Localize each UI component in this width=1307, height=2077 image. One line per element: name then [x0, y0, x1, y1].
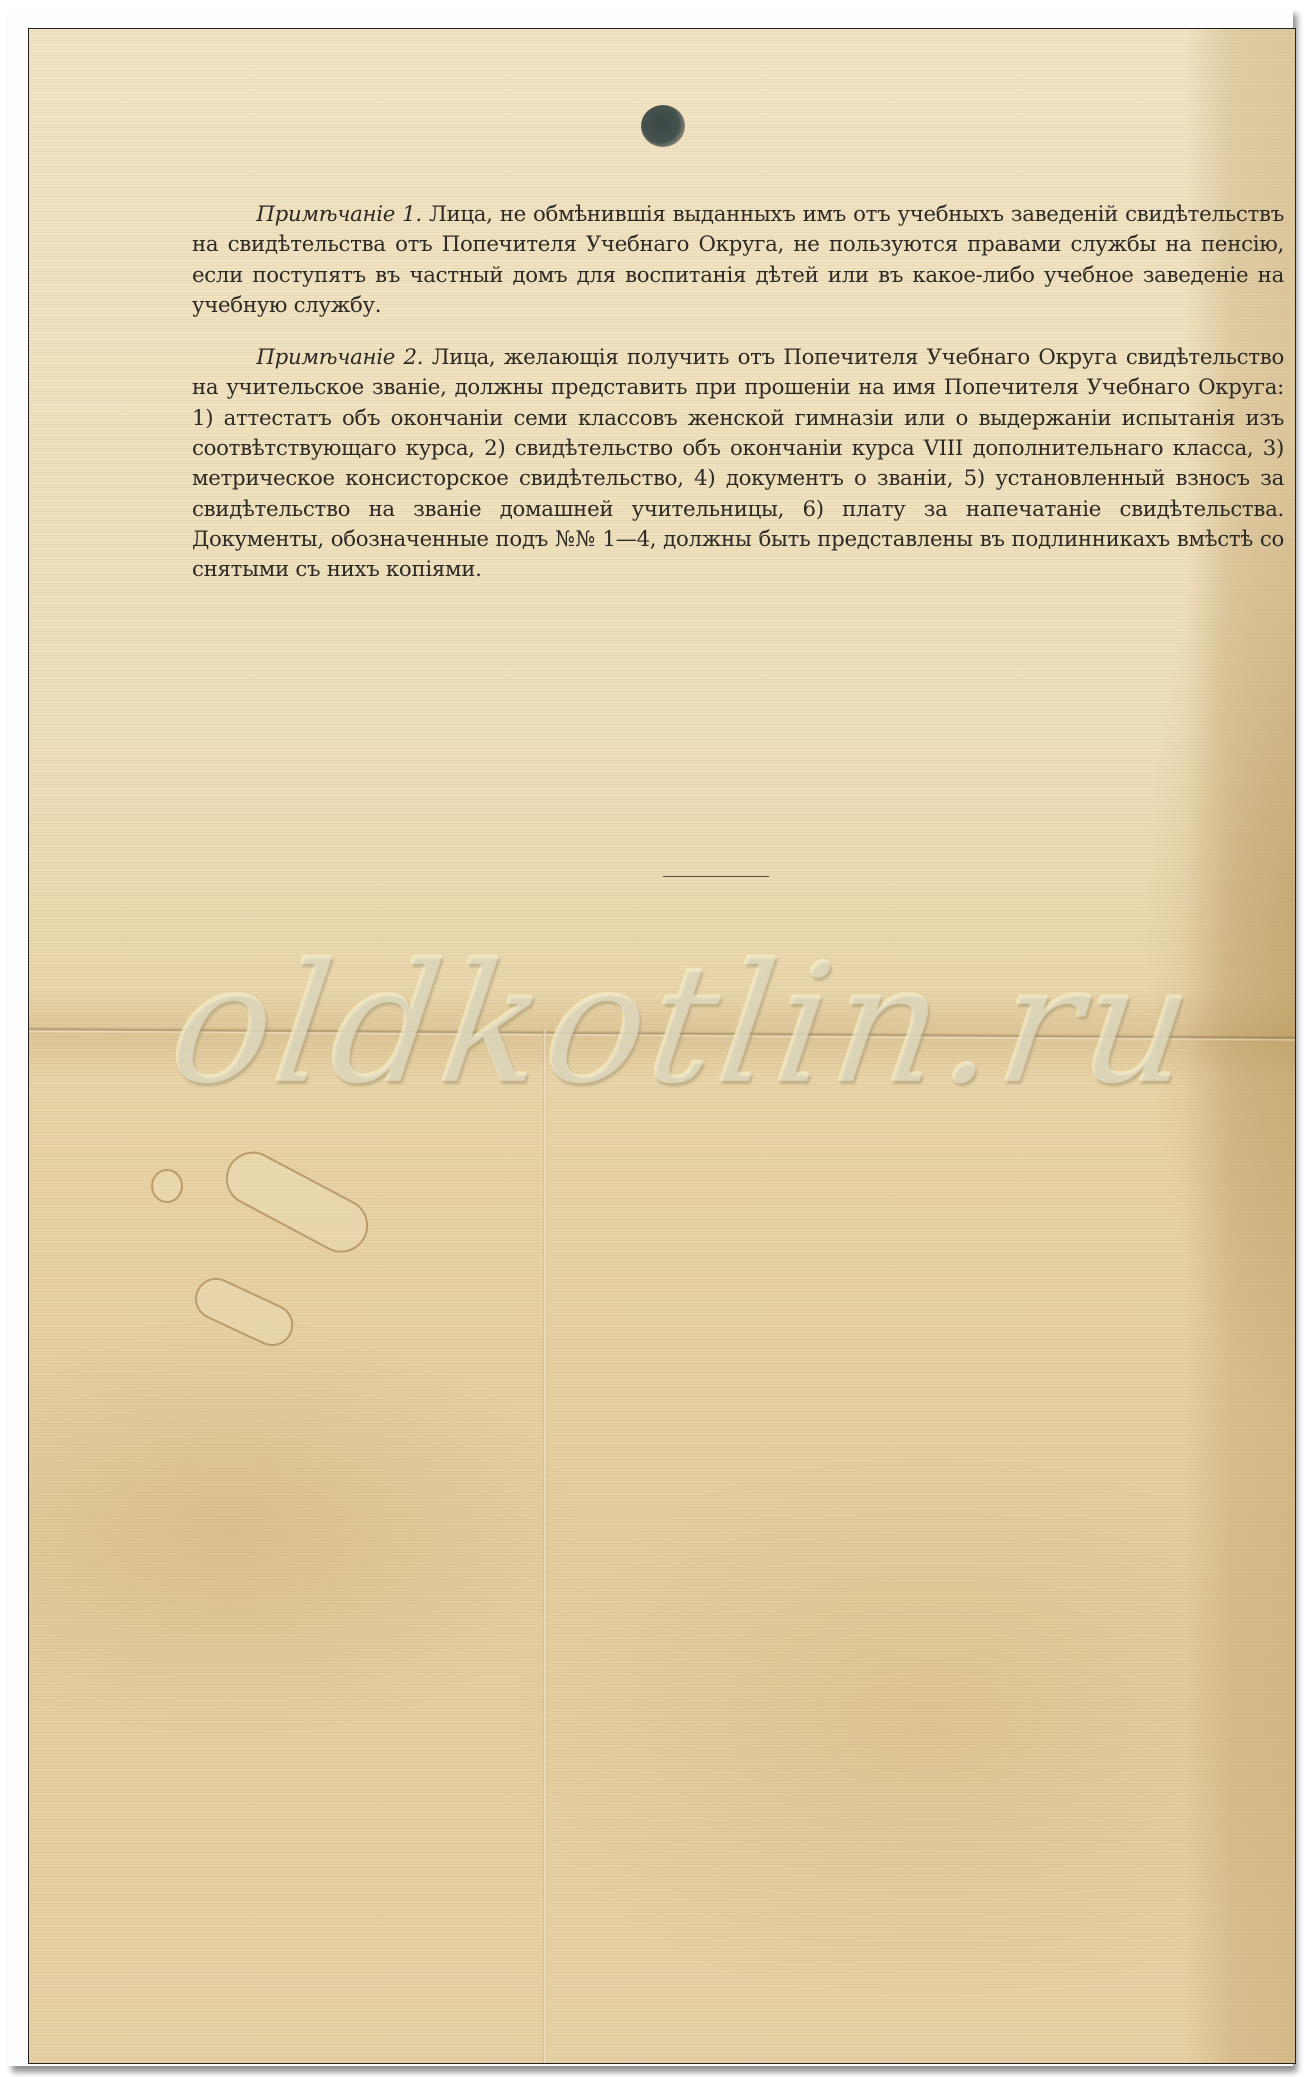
notes-block: Примѣчаніе 1. Лица, не обмѣнившія выданн… [192, 200, 1284, 608]
ink-blot [641, 105, 685, 147]
water-stain [151, 1169, 183, 1203]
section-divider [663, 876, 769, 877]
note-1-label: Примѣчаніе 1. [256, 202, 422, 227]
note-2-label: Примѣчаніе 2. [256, 345, 423, 370]
water-stain [188, 1271, 300, 1353]
photo-frame: Примѣчаніе 1. Лица, не обмѣнившія выданн… [8, 8, 1293, 2066]
document-sheet: Примѣчаніе 1. Лица, не обмѣнившія выданн… [28, 28, 1296, 2064]
watermark: oldkotlin.ru [116, 934, 1251, 1114]
water-stain [216, 1142, 377, 1262]
note-2: Примѣчаніе 2. Лица, желающія получить от… [192, 343, 1284, 585]
vertical-fold-line [543, 1029, 547, 2064]
note-2-text: Лица, желающія получить отъ Попечителя У… [192, 345, 1284, 582]
note-1: Примѣчаніе 1. Лица, не обмѣнившія выданн… [192, 200, 1284, 321]
